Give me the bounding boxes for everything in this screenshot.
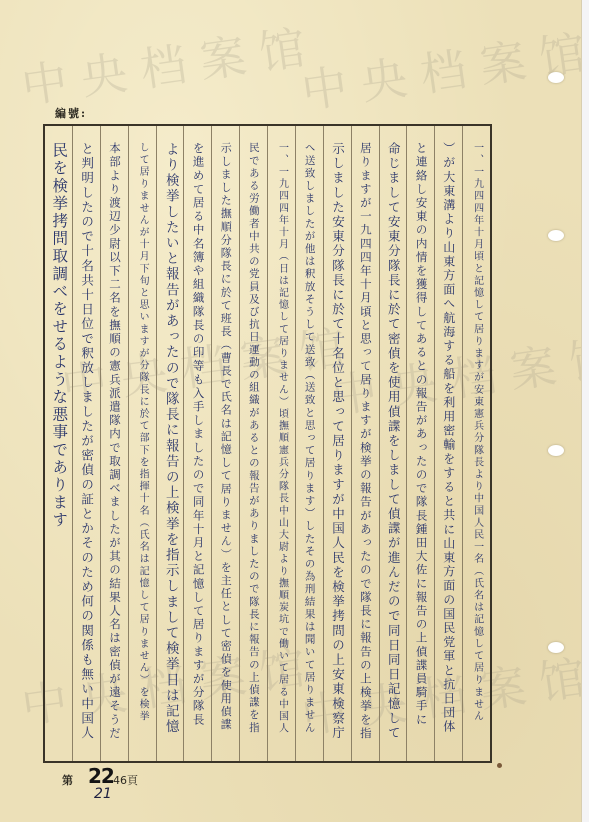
handwritten-line: と連絡し安東の内情を獲得してあるとの報告があったので隊長鍾田大佐に報告の上偵諜員… — [415, 142, 427, 727]
page-suffix: 46頁 — [113, 772, 138, 788]
page-number-struck: 22 — [88, 764, 114, 788]
punch-hole — [548, 230, 564, 241]
manuscript-column: 民である労働者中共の党員及び抗日運動の組織があるとの報告がありましたので隊長に報… — [239, 126, 267, 761]
manuscript-column: 示しました撫順分隊長に於て班長（曹長で氏名は記憶して居りません）を主任として密偵… — [211, 126, 239, 761]
manuscript-column: より検挙したいと報告があったので隊長に報告の上検挙を指示しまして検挙日は記憶 — [156, 126, 184, 761]
manuscript-column: 居りますが一九四四年十月頃と思って居りますが検挙の報告があったので隊長に報告の上… — [351, 126, 379, 761]
manuscript-column: 命じまして安東分隊長に於て密偵を使用偵諜をしまして偵諜が進んだので同日同日記憶し… — [379, 126, 407, 761]
handwritten-line: 示しました安東分隊長に於て十名位と思って居りますが中国人民を検挙拷問の上安東検察… — [331, 142, 344, 741]
handwritten-line: して居りませんが十月下旬と思いますが分隊長に於て部下を指揮十名（氏名は記憶して居… — [137, 142, 147, 723]
watermark: 中央档案馆 — [297, 14, 581, 121]
ink-spot — [497, 763, 502, 768]
page-prefix: 第 — [62, 772, 73, 788]
handwritten-line: 民である労働者中共の党員及び抗日運動の組織があるとの報告がありましたので隊長に報… — [248, 142, 259, 734]
punch-hole — [548, 72, 564, 83]
archive-document-page: 中央档案馆 中央档案馆 中央档案馆 中央档案馆 中央档案馆 中央档案馆 編號: … — [0, 0, 581, 822]
handwritten-line: 示しました撫順分隊長に於て班長（曹長で氏名は記憶して居りません）を主任として密偵… — [220, 142, 231, 732]
manuscript-column: 一、一九四四年十月頃と記憶して居りますが安東憲兵分隊長より中国人民一名（氏名は記… — [462, 126, 490, 761]
manuscript-column: へ送致しましたが他は釈放そうして送致（送致と思って居ります）したその為刑結果は聞… — [295, 126, 323, 761]
handwritten-line: と判明したので十名共十日位で釈放しましたが密偵の証とかそのため何の関係も無い中国… — [80, 142, 93, 741]
handwritten-line: 一、一九四四年十月頃と記憶して居りますが安東憲兵分隊長より中国人民一名（氏名は記… — [472, 142, 482, 723]
watermark: 中央档案馆 — [17, 9, 323, 116]
manuscript-column: ）が大東溝より山東方面へ航海する船を利用密輸をすると共に山東方面の国民党軍と抗日… — [434, 126, 462, 761]
manuscript-column: 本部より渡辺少尉以下二名を撫順の憲兵派遣隊内で取調べましたが其の結果人名は密偵が… — [100, 126, 128, 761]
handwritten-page-number: 21 — [94, 786, 112, 802]
punch-hole — [548, 642, 564, 653]
page-edge — [581, 0, 589, 822]
manuscript-column: と判明したので十名共十日位で釈放しましたが密偵の証とかそのため何の関係も無い中国… — [72, 126, 100, 761]
handwritten-line: を進めて居る中名簿や組織隊長の印等も入手しましたので同年十月と記憶して居りますが… — [192, 142, 204, 727]
punch-hole — [548, 445, 564, 456]
handwritten-line: 命じまして安東分隊長に於て密偵を使用偵諜をしまして偵諜が進んだので同日同日記憶し… — [387, 142, 400, 741]
manuscript-column: 民を検挙拷問取調べをせるような悪事であります — [45, 126, 72, 761]
manuscript-column: 示しました安東分隊長に於て十名位と思って居りますが中国人民を検挙拷問の上安東検察… — [323, 126, 351, 761]
manuscript-column: して居りませんが十月下旬と思いますが分隊長に於て部下を指揮十名（氏名は記憶して居… — [128, 126, 156, 761]
handwritten-line: 民を検挙拷問取調べをせるような悪事であります — [51, 142, 67, 529]
handwritten-line: 居りますが一九四四年十月頃と思って居りますが検挙の報告があったので隊長に報告の上… — [359, 142, 371, 740]
handwritten-line: 一、一九四四年十月（日は記憶して居りません）頃撫順憲兵分隊長中山大尉より撫順炭坑… — [276, 142, 286, 735]
field-label-number: 編號: — [55, 105, 87, 121]
handwritten-line: より検挙したいと報告があったので隊長に報告の上検挙を指示しまして検挙日は記憶 — [163, 142, 177, 735]
handwritten-line: へ送致しましたが他は釈放そうして送致（送致と思って居ります）したその為刑結果は聞… — [304, 142, 315, 734]
manuscript-column: を進めて居る中名簿や組織隊長の印等も入手しましたので同年十月と記憶して居りますが… — [183, 126, 211, 761]
manuscript-column: と連絡し安東の内情を獲得してあるとの報告があったので隊長鍾田大佐に報告の上偵諜員… — [406, 126, 434, 761]
manuscript-grid: 一、一九四四年十月頃と記憶して居りますが安東憲兵分隊長より中国人民一名（氏名は記… — [43, 124, 492, 763]
handwritten-line: 本部より渡辺少尉以下二名を撫順の憲兵派遣隊内で取調べましたが其の結果人名は密偵が… — [108, 142, 120, 740]
handwritten-line: ）が大東溝より山東方面へ航海する船を利用密輸をすると共に山東方面の国民党軍と抗日… — [443, 142, 455, 734]
manuscript-column: 一、一九四四年十月（日は記憶して居りません）頃撫順憲兵分隊長中山大尉より撫順炭坑… — [267, 126, 295, 761]
